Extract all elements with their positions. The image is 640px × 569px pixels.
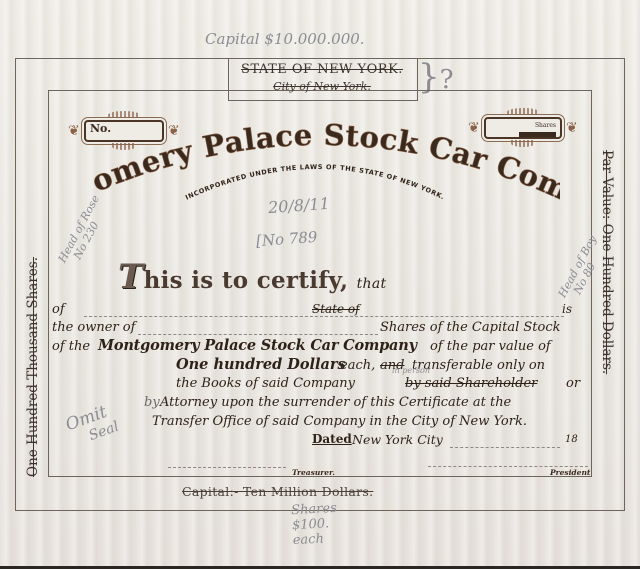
side-text-par-value: Par Value: One Hundred Dollars. xyxy=(599,150,615,374)
dated-place: New York City xyxy=(352,432,443,447)
svg-text:Montgomery Palace Stock Car Co: Montgomery Palace Stock Car Company. xyxy=(80,115,560,205)
company-name-text: Montgomery Palace Stock Car Company. xyxy=(80,115,560,205)
body-of-the: of the xyxy=(52,339,90,354)
body-par-value: of the par value of xyxy=(430,339,551,354)
body-state-of: State of xyxy=(312,302,360,316)
body-or: or xyxy=(566,376,580,391)
body-of: of xyxy=(52,302,65,317)
side-text-shares: One Hundred Thousand Shares. xyxy=(25,257,41,477)
pencil-each: each xyxy=(292,531,338,548)
certify-that: that xyxy=(357,276,387,292)
body-is: is xyxy=(562,302,572,316)
body-transfer-office: Transfer Office of said Company in the C… xyxy=(152,414,527,429)
company-name-arc: Montgomery Palace Stock Car Company. INC… xyxy=(80,115,560,205)
capital-statement: Capital:- Ten Million Dollars. xyxy=(182,484,373,499)
body-attorney: Attorney upon the surrender of this Cert… xyxy=(160,395,511,410)
holder-name-line[interactable] xyxy=(84,316,564,317)
treasurer-label: Treasurer. xyxy=(292,468,335,477)
certify-text: his is to certify, xyxy=(144,267,349,294)
pencil-shares: Shares xyxy=(291,501,337,518)
president-label: President xyxy=(550,468,590,477)
state-title: STATE OF NEW YORK. xyxy=(228,62,416,77)
body-each: each, xyxy=(340,358,375,373)
certify-heading: This is to certify, that xyxy=(118,257,386,297)
president-signature-line[interactable] xyxy=(428,466,588,467)
pencil-shares-price-note: Shares $100. each xyxy=(291,501,339,548)
body-owner-of: the owner of xyxy=(52,320,135,335)
treasurer-signature-line[interactable] xyxy=(168,467,286,468)
ornament-flourish-icon: ❦ xyxy=(566,119,578,137)
body-transferable: transferable only on xyxy=(412,358,545,373)
certify-initial: T xyxy=(118,257,144,297)
body-company-name: Montgomery Palace Stock Car Company xyxy=(98,337,417,354)
city-title: City of New York. xyxy=(228,80,416,93)
company-name: Montgomery Palace Stock Car Company. INC… xyxy=(80,115,560,195)
body-by-shareholder-struck: by said Shareholder xyxy=(405,376,537,391)
body-amount: One hundred Dollars xyxy=(176,356,346,373)
ornament-flourish-icon: ❦ xyxy=(68,122,80,140)
pencil-in-person: in person xyxy=(392,366,430,375)
body-by: by xyxy=(144,395,160,410)
body-books: the Books of said Company xyxy=(176,376,355,391)
pencil-number-text: No 789 xyxy=(261,228,318,250)
state-title-text: STATE OF NEW YORK. xyxy=(241,62,403,77)
dated-label: Dated xyxy=(312,432,352,446)
date-line[interactable] xyxy=(450,447,560,448)
shares-count-line[interactable] xyxy=(138,334,378,335)
pencil-capital-note: Capital $10.000.000. xyxy=(205,30,365,48)
dated-year: 18 xyxy=(565,434,578,445)
body-shares-capital: Shares of the Capital Stock xyxy=(380,320,561,335)
